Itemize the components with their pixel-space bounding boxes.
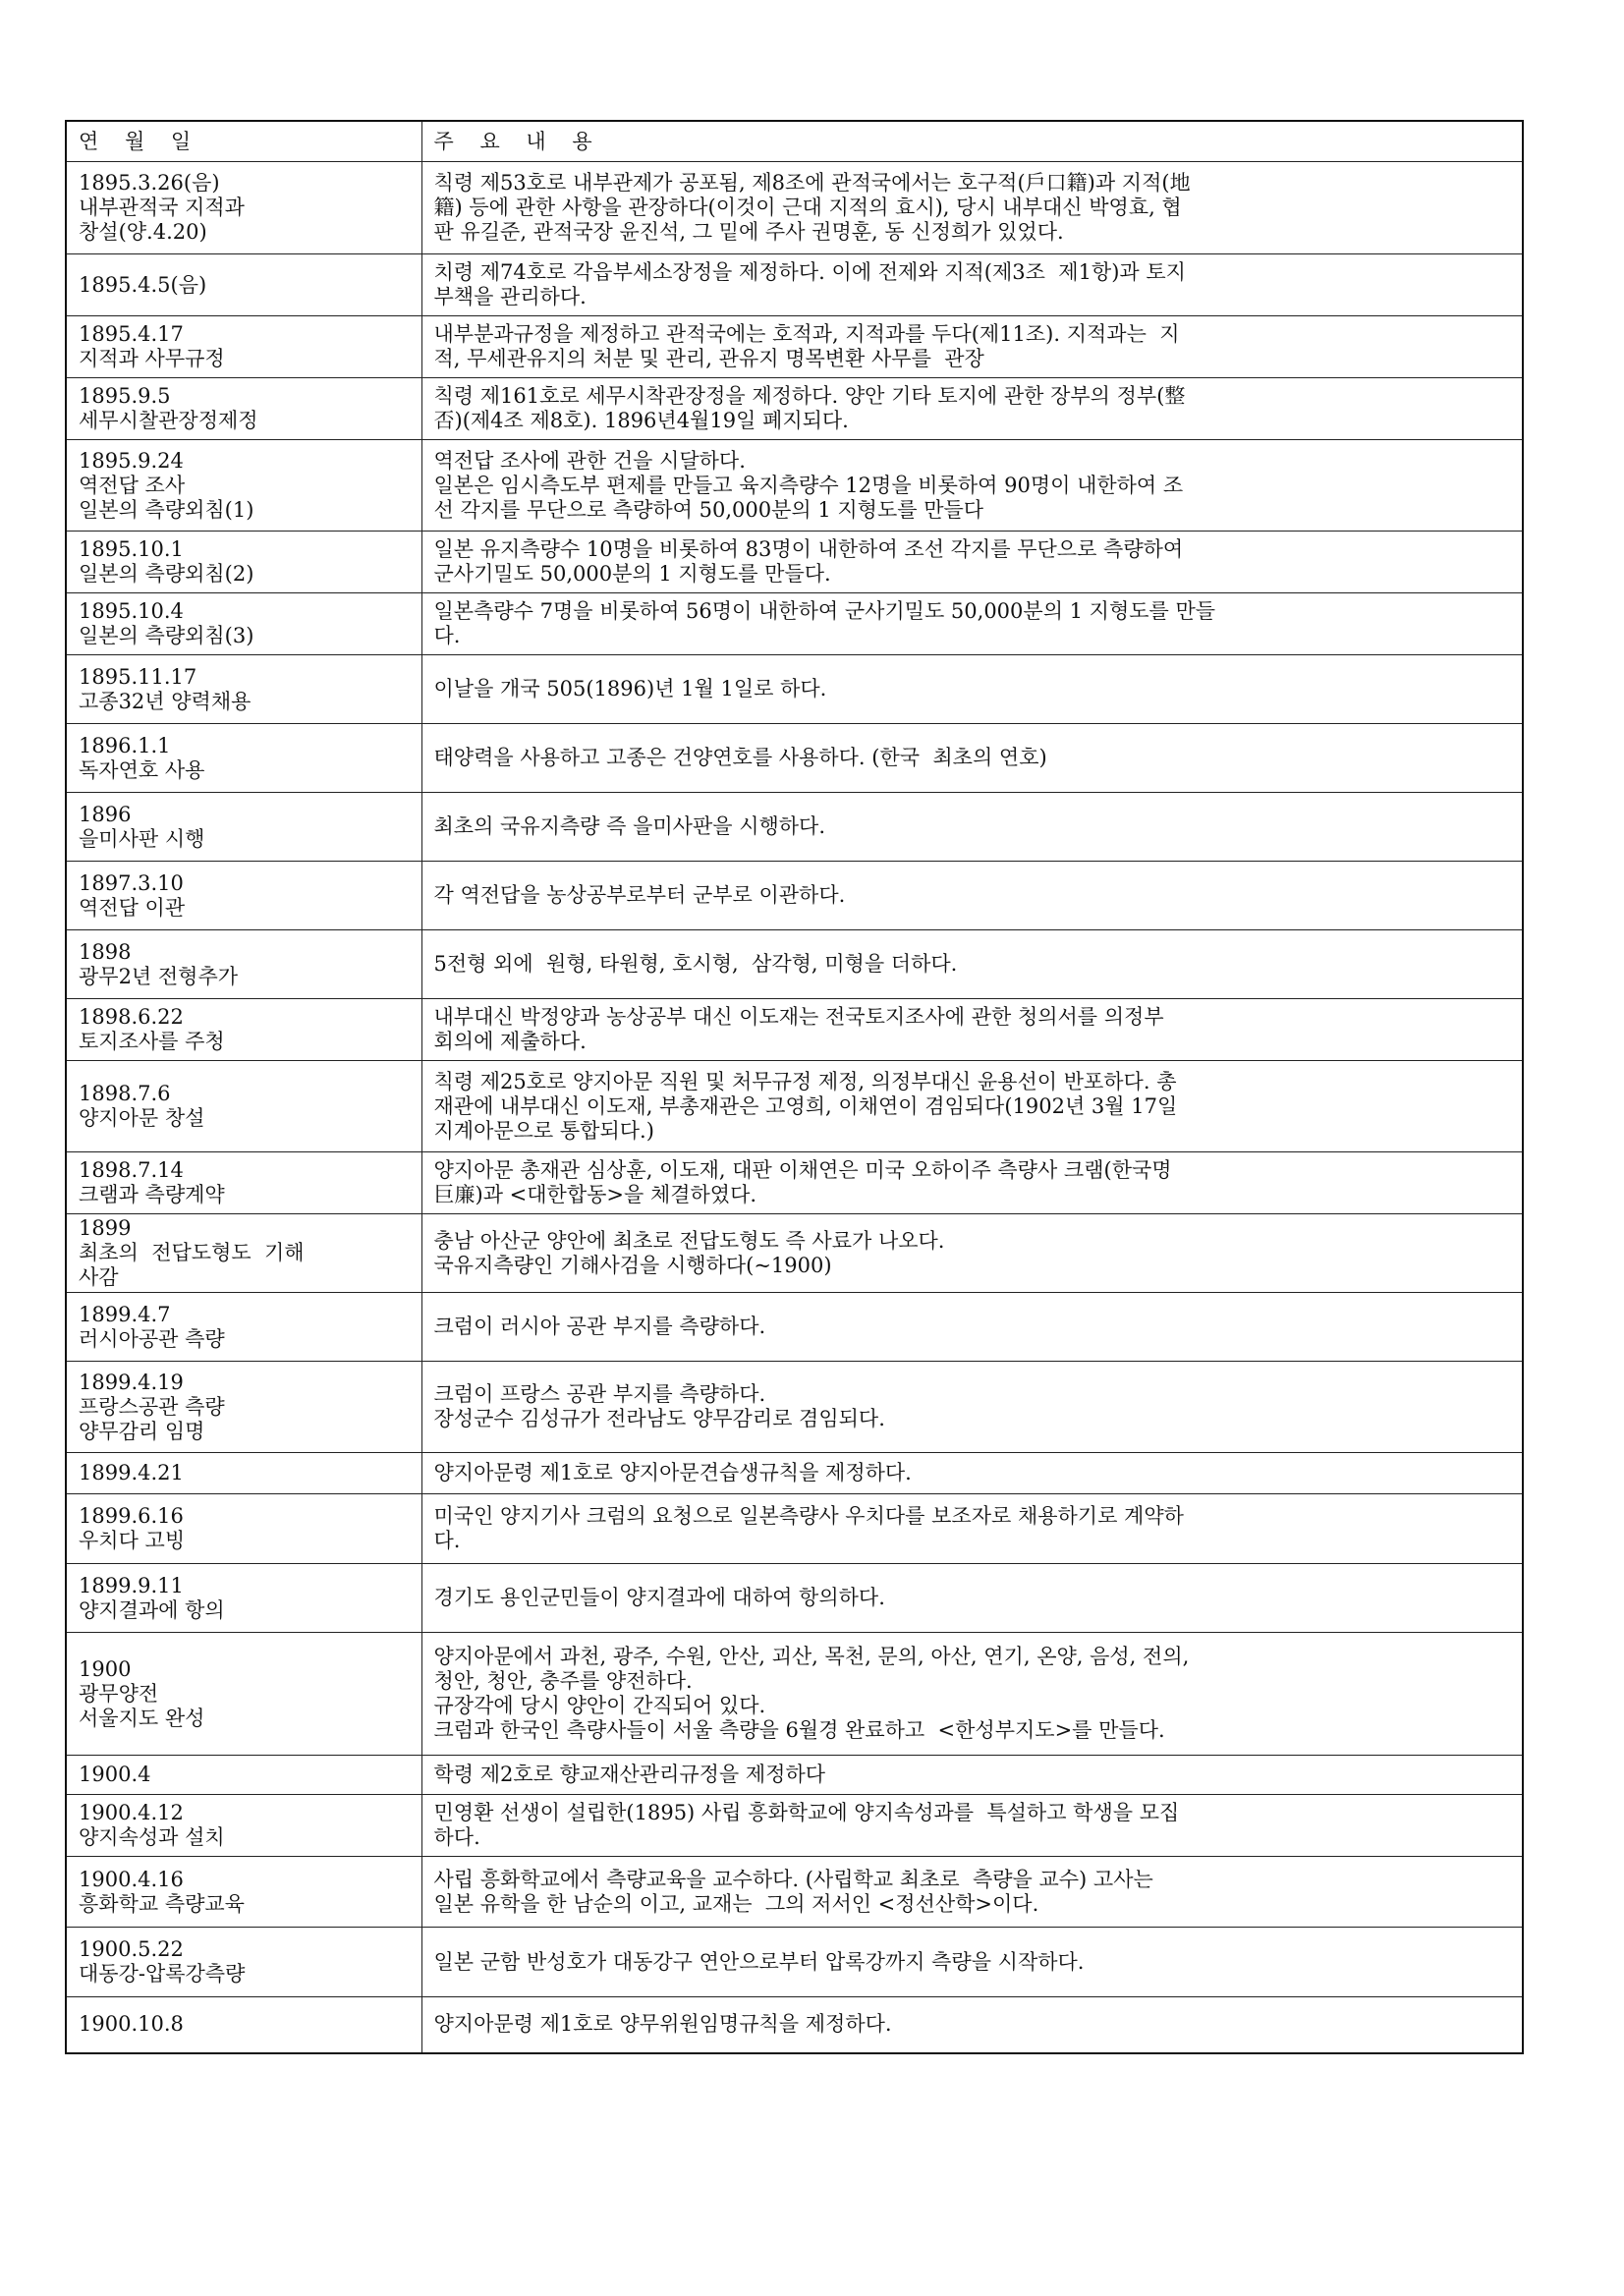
content-cell: 충남 아산군 양안에 최초로 전답도형도 즉 사료가 나오다.국유지측량인 기해… xyxy=(421,1214,1523,1293)
table-row: 1900.4.12양지속성과 설치민영환 선생이 설립한(1895) 사립 흥화… xyxy=(66,1795,1523,1857)
table-row: 1899.4.7러시아공관 측량크럼이 러시아 공관 부지를 측량하다. xyxy=(66,1293,1523,1362)
date-cell: 1896.1.1독자연호 사용 xyxy=(66,724,421,793)
content-cell: 일본 유지측량수 10명을 비롯하여 83명이 내한하여 조선 각지를 무단으로… xyxy=(421,532,1523,593)
date-line: 1900.5.22 xyxy=(79,1937,412,1962)
content-cell: 내부대신 박정양과 농상공부 대신 이도재는 전국토지조사에 관한 청의서를 의… xyxy=(421,999,1523,1061)
table-row: 1899.6.16우치다 고빙미국인 양지기사 크럼의 요청으로 일본측량사 우… xyxy=(66,1494,1523,1564)
date-line: 흥화학교 측량교육 xyxy=(79,1892,412,1917)
date-cell: 1895.4.17지적과 사무규정 xyxy=(66,316,421,378)
content-line: 재관에 내부대신 이도재, 부총재관은 고영희, 이채연이 겸임되다(1902년… xyxy=(434,1094,1513,1119)
content-line: 사립 흥화학교에서 측량교육을 교수하다. (사립학교 최초로 측량을 교수) … xyxy=(434,1868,1513,1892)
content-cell: 크럼이 러시아 공관 부지를 측량하다. xyxy=(421,1293,1523,1362)
content-cell: 칙령 제25호로 양지아문 직원 및 처무규정 제정, 의정부대신 윤용선이 반… xyxy=(421,1061,1523,1152)
content-line: 일본 유학을 한 남순의 이고, 교재는 그의 저서인 <정선산학>이다. xyxy=(434,1892,1513,1917)
date-line: 양무감리 임명 xyxy=(79,1420,412,1444)
date-line: 1896.1.1 xyxy=(79,734,412,758)
date-line: 1895.10.4 xyxy=(79,599,412,624)
content-line: 학령 제2호로 향교재산관리규정을 제정하다 xyxy=(434,1763,1513,1787)
header-content: 주 요 내 용 xyxy=(421,121,1523,162)
content-line: 부책을 관리하다. xyxy=(434,285,1513,309)
content-line: 군사기밀도 50,000분의 1 지형도를 만들다. xyxy=(434,562,1513,587)
date-line: 사감 xyxy=(79,1265,412,1290)
date-line: 1897.3.10 xyxy=(79,871,412,896)
content-line: 칙령 제161호로 세무시착관장정을 제정하다. 양안 기타 토지에 관한 장부… xyxy=(434,384,1513,409)
date-line: 1895.4.17 xyxy=(79,322,412,347)
date-line: 1898.7.14 xyxy=(79,1158,412,1183)
table-row: 1900.10.8양지아문령 제1호로 양무위원임명규칙을 제정하다. xyxy=(66,1997,1523,2053)
date-cell: 1895.9.24역전답 조사일본의 측량외침(1) xyxy=(66,440,421,532)
content-cell: 사립 흥화학교에서 측량교육을 교수하다. (사립학교 최초로 측량을 교수) … xyxy=(421,1857,1523,1928)
date-line: 크램과 측량계약 xyxy=(79,1183,412,1207)
date-cell: 1898광무2년 전형추가 xyxy=(66,930,421,999)
date-cell: 1896을미사판 시행 xyxy=(66,793,421,862)
date-cell: 1899.4.7러시아공관 측량 xyxy=(66,1293,421,1362)
content-cell: 칙령 제53호로 내부관제가 공포됨, 제8조에 관적국에서는 호구적(戶口籍)… xyxy=(421,162,1523,254)
content-line: 내부분과규정을 제정하고 관적국에는 호적과, 지적과를 두다(제11조). 지… xyxy=(434,322,1513,347)
content-line: 각 역전답을 농상공부로부터 군부로 이관하다. xyxy=(434,883,1513,908)
table-row: 1899.4.19프랑스공관 측량양무감리 임명크럼이 프랑스 공관 부지를 측… xyxy=(66,1362,1523,1453)
content-line: 선 각지를 무단으로 측량하여 50,000분의 1 지형도를 만들다 xyxy=(434,498,1513,523)
date-line: 최초의 전답도형도 기해 xyxy=(79,1241,412,1265)
date-cell: 1900.4.12양지속성과 설치 xyxy=(66,1795,421,1857)
date-line: 양지속성과 설치 xyxy=(79,1825,412,1850)
content-line: 양지아문 총재관 심상훈, 이도재, 대판 이채연은 미국 오하이주 측량사 크… xyxy=(434,1158,1513,1183)
date-line: 1900.4.16 xyxy=(79,1868,412,1892)
content-line: 다. xyxy=(434,624,1513,648)
table-row: 1896.1.1독자연호 사용태양력을 사용하고 고종은 건양연호를 사용하다.… xyxy=(66,724,1523,793)
date-line: 1899.6.16 xyxy=(79,1504,412,1529)
date-line: 러시아공관 측량 xyxy=(79,1327,412,1352)
date-line: 우치다 고빙 xyxy=(79,1529,412,1553)
date-cell: 1900.4 xyxy=(66,1756,421,1795)
content-line: 내부대신 박정양과 농상공부 대신 이도재는 전국토지조사에 관한 청의서를 의… xyxy=(434,1005,1513,1030)
table-row: 1895.4.5(음)치령 제74호로 각읍부세소장정을 제정하다. 이에 전제… xyxy=(66,254,1523,316)
table-row: 1900광무양전서울지도 완성양지아문에서 과천, 광주, 수원, 안산, 괴산… xyxy=(66,1633,1523,1756)
content-cell: 양지아문 총재관 심상훈, 이도재, 대판 이채연은 미국 오하이주 측량사 크… xyxy=(421,1152,1523,1214)
date-line: 1899.9.11 xyxy=(79,1574,412,1598)
table-header-row: 연 월 일 주 요 내 용 xyxy=(66,121,1523,162)
date-line: 1898 xyxy=(79,940,412,965)
table-row: 1895.4.17지적과 사무규정내부분과규정을 제정하고 관적국에는 호적과,… xyxy=(66,316,1523,378)
content-cell: 양지아문령 제1호로 양지아문견습생규칙을 제정하다. xyxy=(421,1453,1523,1494)
content-cell: 이날을 개국 505(1896)년 1월 1일로 하다. xyxy=(421,655,1523,724)
table-row: 1898.6.22토지조사를 주청내부대신 박정양과 농상공부 대신 이도재는 … xyxy=(66,999,1523,1061)
date-line: 광무2년 전형추가 xyxy=(79,965,412,989)
content-line: 역전답 조사에 관한 건을 시달하다. xyxy=(434,449,1513,474)
date-cell: 1897.3.10역전답 이관 xyxy=(66,862,421,930)
date-line: 을미사판 시행 xyxy=(79,827,412,852)
content-line: 충남 아산군 양안에 최초로 전답도형도 즉 사료가 나오다. xyxy=(434,1229,1513,1254)
table-row: 1900.5.22대동강-압록강측량일본 군함 반성호가 대동강구 연안으로부터… xyxy=(66,1928,1523,1997)
content-line: 치령 제74호로 각읍부세소장정을 제정하다. 이에 전제와 지적(제3조 제1… xyxy=(434,260,1513,285)
content-line: 판 유길준, 관적국장 윤진석, 그 밑에 주사 권명훈, 동 신정희가 있었다… xyxy=(434,220,1513,245)
table-row: 1895.9.5세무시찰관장정제정칙령 제161호로 세무시착관장정을 제정하다… xyxy=(66,378,1523,440)
date-line: 1895.4.5(음) xyxy=(79,273,412,298)
content-line: 회의에 제출하다. xyxy=(434,1030,1513,1054)
content-cell: 크럼이 프랑스 공관 부지를 측량하다.장성군수 김성규가 전라남도 양무감리로… xyxy=(421,1362,1523,1453)
date-line: 양지결과에 항의 xyxy=(79,1598,412,1623)
date-line: 1900.4.12 xyxy=(79,1801,412,1825)
content-line: 일본측량수 7명을 비롯하여 56명이 내한하여 군사기밀도 50,000분의 … xyxy=(434,599,1513,624)
date-line: 1898.6.22 xyxy=(79,1005,412,1030)
date-cell: 1895.11.17고종32년 양력채용 xyxy=(66,655,421,724)
date-cell: 1900.4.16흥화학교 측량교육 xyxy=(66,1857,421,1928)
content-line: 장성군수 김성규가 전라남도 양무감리로 겸임되다. xyxy=(434,1407,1513,1431)
date-cell: 1895.10.1일본의 측량외침(2) xyxy=(66,532,421,593)
content-line: 크럼이 러시아 공관 부지를 측량하다. xyxy=(434,1315,1513,1339)
table-row: 1897.3.10역전답 이관각 역전답을 농상공부로부터 군부로 이관하다. xyxy=(66,862,1523,930)
date-line: 1895.11.17 xyxy=(79,665,412,690)
date-cell: 1899.4.19프랑스공관 측량양무감리 임명 xyxy=(66,1362,421,1453)
content-line: 일본 유지측량수 10명을 비롯하여 83명이 내한하여 조선 각지를 무단으로… xyxy=(434,537,1513,562)
table-row: 1898.7.14크램과 측량계약양지아문 총재관 심상훈, 이도재, 대판 이… xyxy=(66,1152,1523,1214)
content-line: 일본은 임시측도부 편제를 만들고 육지측량수 12명을 비롯하여 90명이 내… xyxy=(434,474,1513,498)
content-line: 칙령 제53호로 내부관제가 공포됨, 제8조에 관적국에서는 호구적(戶口籍)… xyxy=(434,171,1513,196)
date-line: 1895.9.24 xyxy=(79,449,412,474)
date-line: 1899.4.7 xyxy=(79,1303,412,1327)
date-cell: 1900.10.8 xyxy=(66,1997,421,2053)
date-cell: 1899최초의 전답도형도 기해사감 xyxy=(66,1214,421,1293)
date-line: 프랑스공관 측량 xyxy=(79,1395,412,1420)
content-cell: 민영환 선생이 설립한(1895) 사립 흥화학교에 양지속성과를 특설하고 학… xyxy=(421,1795,1523,1857)
content-cell: 일본 군함 반성호가 대동강구 연안으로부터 압록강까지 측량을 시작하다. xyxy=(421,1928,1523,1997)
date-line: 광무양전 xyxy=(79,1682,412,1707)
date-line: 대동강-압록강측량 xyxy=(79,1962,412,1987)
table-row: 1896을미사판 시행최초의 국유지측량 즉 을미사판을 시행하다. xyxy=(66,793,1523,862)
content-line: 5전형 외에 원형, 타원형, 호시형, 삼각형, 미형을 더하다. xyxy=(434,952,1513,977)
table-row: 1899최초의 전답도형도 기해사감충남 아산군 양안에 최초로 전답도형도 즉… xyxy=(66,1214,1523,1293)
date-line: 창설(양.4.20) xyxy=(79,220,412,245)
content-cell: 각 역전답을 농상공부로부터 군부로 이관하다. xyxy=(421,862,1523,930)
content-line: 否)(제4조 제8호). 1896년4월19일 폐지되다. xyxy=(434,409,1513,433)
content-line: 적, 무세관유지의 처분 및 관리, 관유지 명목변환 사무를 관장 xyxy=(434,347,1513,371)
content-line: 크럼과 한국인 측량사들이 서울 측량을 6월경 완료하고 <한성부지도>를 만… xyxy=(434,1718,1513,1743)
content-cell: 학령 제2호로 향교재산관리규정을 제정하다 xyxy=(421,1756,1523,1795)
content-cell: 역전답 조사에 관한 건을 시달하다.일본은 임시측도부 편제를 만들고 육지측… xyxy=(421,440,1523,532)
date-line: 일본의 측량외침(2) xyxy=(79,562,412,587)
date-line: 1898.7.6 xyxy=(79,1082,412,1106)
date-line: 1899.4.21 xyxy=(79,1461,412,1485)
content-line: 하다. xyxy=(434,1825,1513,1850)
date-line: 1900 xyxy=(79,1657,412,1682)
date-line: 1895.9.5 xyxy=(79,384,412,409)
content-line: 미국인 양지기사 크럼의 요청으로 일본측량사 우치다를 보조자로 채용하기로 … xyxy=(434,1504,1513,1529)
date-line: 1896 xyxy=(79,803,412,827)
date-line: 토지조사를 주청 xyxy=(79,1030,412,1054)
content-line: 이날을 개국 505(1896)년 1월 1일로 하다. xyxy=(434,677,1513,701)
content-line: 양지아문에서 과천, 광주, 수원, 안산, 괴산, 목천, 문의, 아산, 연… xyxy=(434,1645,1513,1669)
date-cell: 1898.6.22토지조사를 주청 xyxy=(66,999,421,1061)
content-cell: 양지아문령 제1호로 양무위원임명규칙을 제정하다. xyxy=(421,1997,1523,2053)
content-cell: 내부분과규정을 제정하고 관적국에는 호적과, 지적과를 두다(제11조). 지… xyxy=(421,316,1523,378)
date-cell: 1900광무양전서울지도 완성 xyxy=(66,1633,421,1756)
content-line: 최초의 국유지측량 즉 을미사판을 시행하다. xyxy=(434,814,1513,839)
header-date: 연 월 일 xyxy=(66,121,421,162)
timeline-table: 연 월 일 주 요 내 용 1895.3.26(음)내부관적국 지적과창설(양.… xyxy=(65,120,1524,2054)
date-line: 1899 xyxy=(79,1216,412,1241)
date-line: 역전답 이관 xyxy=(79,896,412,921)
content-line: 청안, 청안, 충주를 양전하다. xyxy=(434,1669,1513,1694)
content-line: 태양력을 사용하고 고종은 건양연호를 사용하다. (한국 최초의 연호) xyxy=(434,746,1513,770)
content-line: 경기도 용인군민들이 양지결과에 대하여 항의하다. xyxy=(434,1586,1513,1610)
table-body: 1895.3.26(음)내부관적국 지적과창설(양.4.20)칙령 제53호로 … xyxy=(66,162,1523,2053)
content-cell: 태양력을 사용하고 고종은 건양연호를 사용하다. (한국 최초의 연호) xyxy=(421,724,1523,793)
table-row: 1895.10.4일본의 측량외침(3)일본측량수 7명을 비롯하여 56명이 … xyxy=(66,593,1523,655)
date-line: 일본의 측량외침(1) xyxy=(79,498,412,523)
date-line: 1899.4.19 xyxy=(79,1371,412,1395)
table-row: 1900.4학령 제2호로 향교재산관리규정을 제정하다 xyxy=(66,1756,1523,1795)
date-cell: 1895.9.5세무시찰관장정제정 xyxy=(66,378,421,440)
date-cell: 1899.6.16우치다 고빙 xyxy=(66,1494,421,1564)
date-line: 일본의 측량외침(3) xyxy=(79,624,412,648)
table-row: 1899.9.11양지결과에 항의경기도 용인군민들이 양지결과에 대하여 항의… xyxy=(66,1564,1523,1633)
content-cell: 최초의 국유지측량 즉 을미사판을 시행하다. xyxy=(421,793,1523,862)
content-line: 籍) 등에 관한 사항을 관장하다(이것이 근대 지적의 효시), 당시 내부대… xyxy=(434,196,1513,220)
date-cell: 1899.4.21 xyxy=(66,1453,421,1494)
content-line: 일본 군함 반성호가 대동강구 연안으로부터 압록강까지 측량을 시작하다. xyxy=(434,1950,1513,1975)
date-line: 1900.4 xyxy=(79,1763,412,1787)
date-line: 1900.10.8 xyxy=(79,2012,412,2037)
date-cell: 1898.7.14크램과 측량계약 xyxy=(66,1152,421,1214)
date-line: 서울지도 완성 xyxy=(79,1707,412,1731)
table-row: 1895.9.24역전답 조사일본의 측량외침(1)역전답 조사에 관한 건을 … xyxy=(66,440,1523,532)
document-page: 연 월 일 주 요 내 용 1895.3.26(음)내부관적국 지적과창설(양.… xyxy=(65,120,1522,2054)
content-cell: 미국인 양지기사 크럼의 요청으로 일본측량사 우치다를 보조자로 채용하기로 … xyxy=(421,1494,1523,1564)
date-cell: 1895.4.5(음) xyxy=(66,254,421,316)
content-cell: 5전형 외에 원형, 타원형, 호시형, 삼각형, 미형을 더하다. xyxy=(421,930,1523,999)
content-line: 다. xyxy=(434,1529,1513,1553)
content-cell: 경기도 용인군민들이 양지결과에 대하여 항의하다. xyxy=(421,1564,1523,1633)
date-line: 내부관적국 지적과 xyxy=(79,196,412,220)
table-row: 1898.7.6양지아문 창설칙령 제25호로 양지아문 직원 및 처무규정 제… xyxy=(66,1061,1523,1152)
table-row: 1900.4.16흥화학교 측량교육사립 흥화학교에서 측량교육을 교수하다. … xyxy=(66,1857,1523,1928)
content-cell: 양지아문에서 과천, 광주, 수원, 안산, 괴산, 목천, 문의, 아산, 연… xyxy=(421,1633,1523,1756)
content-line: 민영환 선생이 설립한(1895) 사립 흥화학교에 양지속성과를 특설하고 학… xyxy=(434,1801,1513,1825)
content-line: 양지아문령 제1호로 양무위원임명규칙을 제정하다. xyxy=(434,2012,1513,2037)
content-cell: 치령 제74호로 각읍부세소장정을 제정하다. 이에 전제와 지적(제3조 제1… xyxy=(421,254,1523,316)
content-line: 巨廉)과 <대한합동>을 체결하였다. xyxy=(434,1183,1513,1207)
date-line: 1895.3.26(음) xyxy=(79,171,412,196)
date-line: 독자연호 사용 xyxy=(79,758,412,783)
content-line: 양지아문령 제1호로 양지아문견습생규칙을 제정하다. xyxy=(434,1461,1513,1485)
date-cell: 1895.10.4일본의 측량외침(3) xyxy=(66,593,421,655)
date-line: 양지아문 창설 xyxy=(79,1106,412,1131)
content-cell: 칙령 제161호로 세무시착관장정을 제정하다. 양안 기타 토지에 관한 장부… xyxy=(421,378,1523,440)
date-cell: 1899.9.11양지결과에 항의 xyxy=(66,1564,421,1633)
date-cell: 1895.3.26(음)내부관적국 지적과창설(양.4.20) xyxy=(66,162,421,254)
date-cell: 1900.5.22대동강-압록강측량 xyxy=(66,1928,421,1997)
content-line: 지계아문으로 통합되다.) xyxy=(434,1119,1513,1144)
content-line: 크럼이 프랑스 공관 부지를 측량하다. xyxy=(434,1382,1513,1407)
table-row: 1899.4.21양지아문령 제1호로 양지아문견습생규칙을 제정하다. xyxy=(66,1453,1523,1494)
content-line: 규장각에 당시 양안이 간직되어 있다. xyxy=(434,1694,1513,1718)
date-line: 고종32년 양력채용 xyxy=(79,690,412,714)
table-row: 1898광무2년 전형추가5전형 외에 원형, 타원형, 호시형, 삼각형, 미… xyxy=(66,930,1523,999)
table-row: 1895.3.26(음)내부관적국 지적과창설(양.4.20)칙령 제53호로 … xyxy=(66,162,1523,254)
date-cell: 1898.7.6양지아문 창설 xyxy=(66,1061,421,1152)
content-cell: 일본측량수 7명을 비롯하여 56명이 내한하여 군사기밀도 50,000분의 … xyxy=(421,593,1523,655)
table-row: 1895.11.17고종32년 양력채용이날을 개국 505(1896)년 1월… xyxy=(66,655,1523,724)
content-line: 국유지측량인 기해사검을 시행하다(~1900) xyxy=(434,1254,1513,1278)
date-line: 세무시찰관장정제정 xyxy=(79,409,412,433)
date-line: 지적과 사무규정 xyxy=(79,347,412,371)
table-row: 1895.10.1일본의 측량외침(2)일본 유지측량수 10명을 비롯하여 8… xyxy=(66,532,1523,593)
date-line: 역전답 조사 xyxy=(79,474,412,498)
date-line: 1895.10.1 xyxy=(79,537,412,562)
content-line: 칙령 제25호로 양지아문 직원 및 처무규정 제정, 의정부대신 윤용선이 반… xyxy=(434,1070,1513,1094)
